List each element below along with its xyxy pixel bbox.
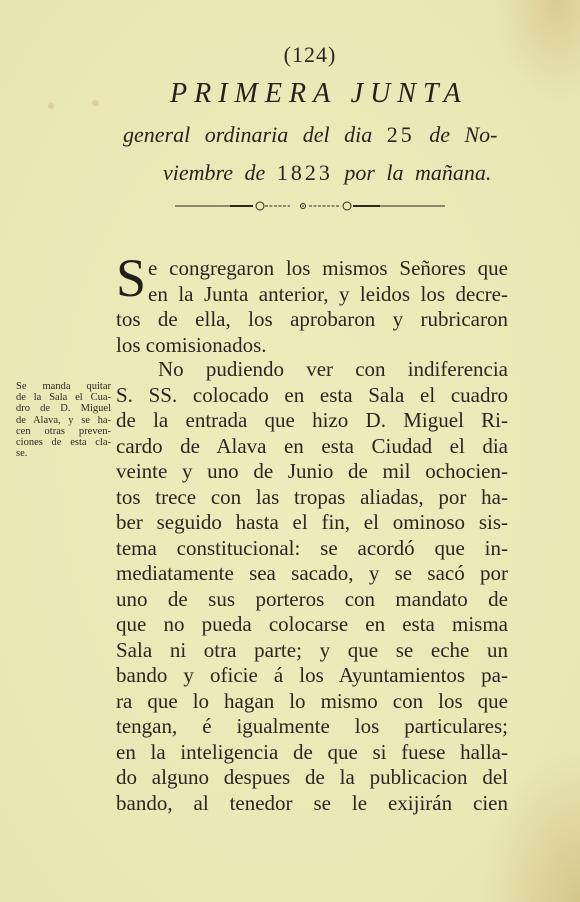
text-line: uno de sus porteros con mandato de	[116, 587, 508, 613]
marginal-line: se.	[16, 448, 111, 459]
paragraph-2: No pudiendo ver con indiferencia S. SS. …	[116, 357, 508, 816]
text-line: veinte y uno de Junio de mil ochocien-	[116, 459, 508, 485]
page-number: (124)	[0, 42, 580, 68]
text-line: tos de ella, los aprobaron y rubricaron	[116, 307, 508, 333]
text-line: ra que lo hagan lo mismo con los que	[116, 689, 508, 715]
ornament-rule-icon	[175, 200, 445, 212]
text-line: No pudiendo ver con indiferencia	[116, 357, 508, 383]
marginal-line: Se manda quitar	[16, 381, 111, 392]
text-line: tengan, é igualmente los particulares;	[116, 714, 508, 740]
text-line: en la Junta anterior, y leidos los decre…	[116, 282, 508, 308]
text-line: bando y oficie á los Ayuntamientos pa-	[116, 663, 508, 689]
text-line: ber seguido hasta el fin, el ominoso sis…	[116, 510, 508, 536]
subtitle-line-1: general ordinaria del dia 25 de No-	[123, 122, 498, 148]
subtitle-line-2: viembre de 1823 por la mañana.	[163, 160, 491, 186]
subtitle-day: 25	[387, 122, 415, 147]
marginal-line: cen otras preven-	[16, 426, 111, 437]
text-line: que no pueda colocarse en esta misma	[116, 612, 508, 638]
text-line: tema constitucional: se acordó que in-	[116, 536, 508, 562]
subtitle-text: de No-	[415, 122, 498, 147]
text-line: Sala ni otra parte; y que se eche un	[116, 638, 508, 664]
text-line: cardo de Alava en esta Ciudad el dia	[116, 434, 508, 460]
text-line: e congregaron los mismos Señores que	[116, 256, 508, 282]
subtitle-text: viembre de	[163, 160, 277, 185]
marginal-line: de la Sala el Cua-	[16, 392, 111, 403]
text-line: do alguno despues de la publicacion del	[116, 765, 508, 791]
text-line: bando, al tenedor se le exijirán cien	[116, 791, 508, 817]
text-line: tos trece con las tropas aliadas, por ha…	[116, 485, 508, 511]
subtitle-year: 1823	[277, 160, 333, 185]
marginal-note: Se manda quitar de la Sala el Cua- dro d…	[16, 381, 111, 459]
text-line: mediatamente sea sacado, y se sacó por	[116, 561, 508, 587]
drop-cap: S	[116, 256, 146, 300]
section-title: PRIMERA JUNTA	[170, 78, 470, 110]
marginal-line: ciones de esta cla-	[16, 437, 111, 448]
marginal-line: dro de D. Miguel	[16, 403, 111, 414]
paper-stain	[48, 103, 54, 109]
subtitle-text: general ordinaria del dia	[123, 122, 387, 147]
text-line: de la entrada que hizo D. Miguel Ri-	[116, 408, 508, 434]
text-line: los comisionados.	[116, 333, 508, 359]
subtitle-text: por la mañana.	[333, 160, 492, 185]
marginal-line: de Alava, y se ha-	[16, 415, 111, 426]
text-line: en la inteligencia de que si fuese halla…	[116, 740, 508, 766]
paper-stain	[92, 100, 99, 106]
paragraph-1: S e congregaron los mismos Señores que e…	[116, 256, 508, 358]
book-page: (124) PRIMERA JUNTA general ordinaria de…	[0, 0, 580, 902]
text-line: S. SS. colocado en esta Sala el cuadro	[116, 383, 508, 409]
